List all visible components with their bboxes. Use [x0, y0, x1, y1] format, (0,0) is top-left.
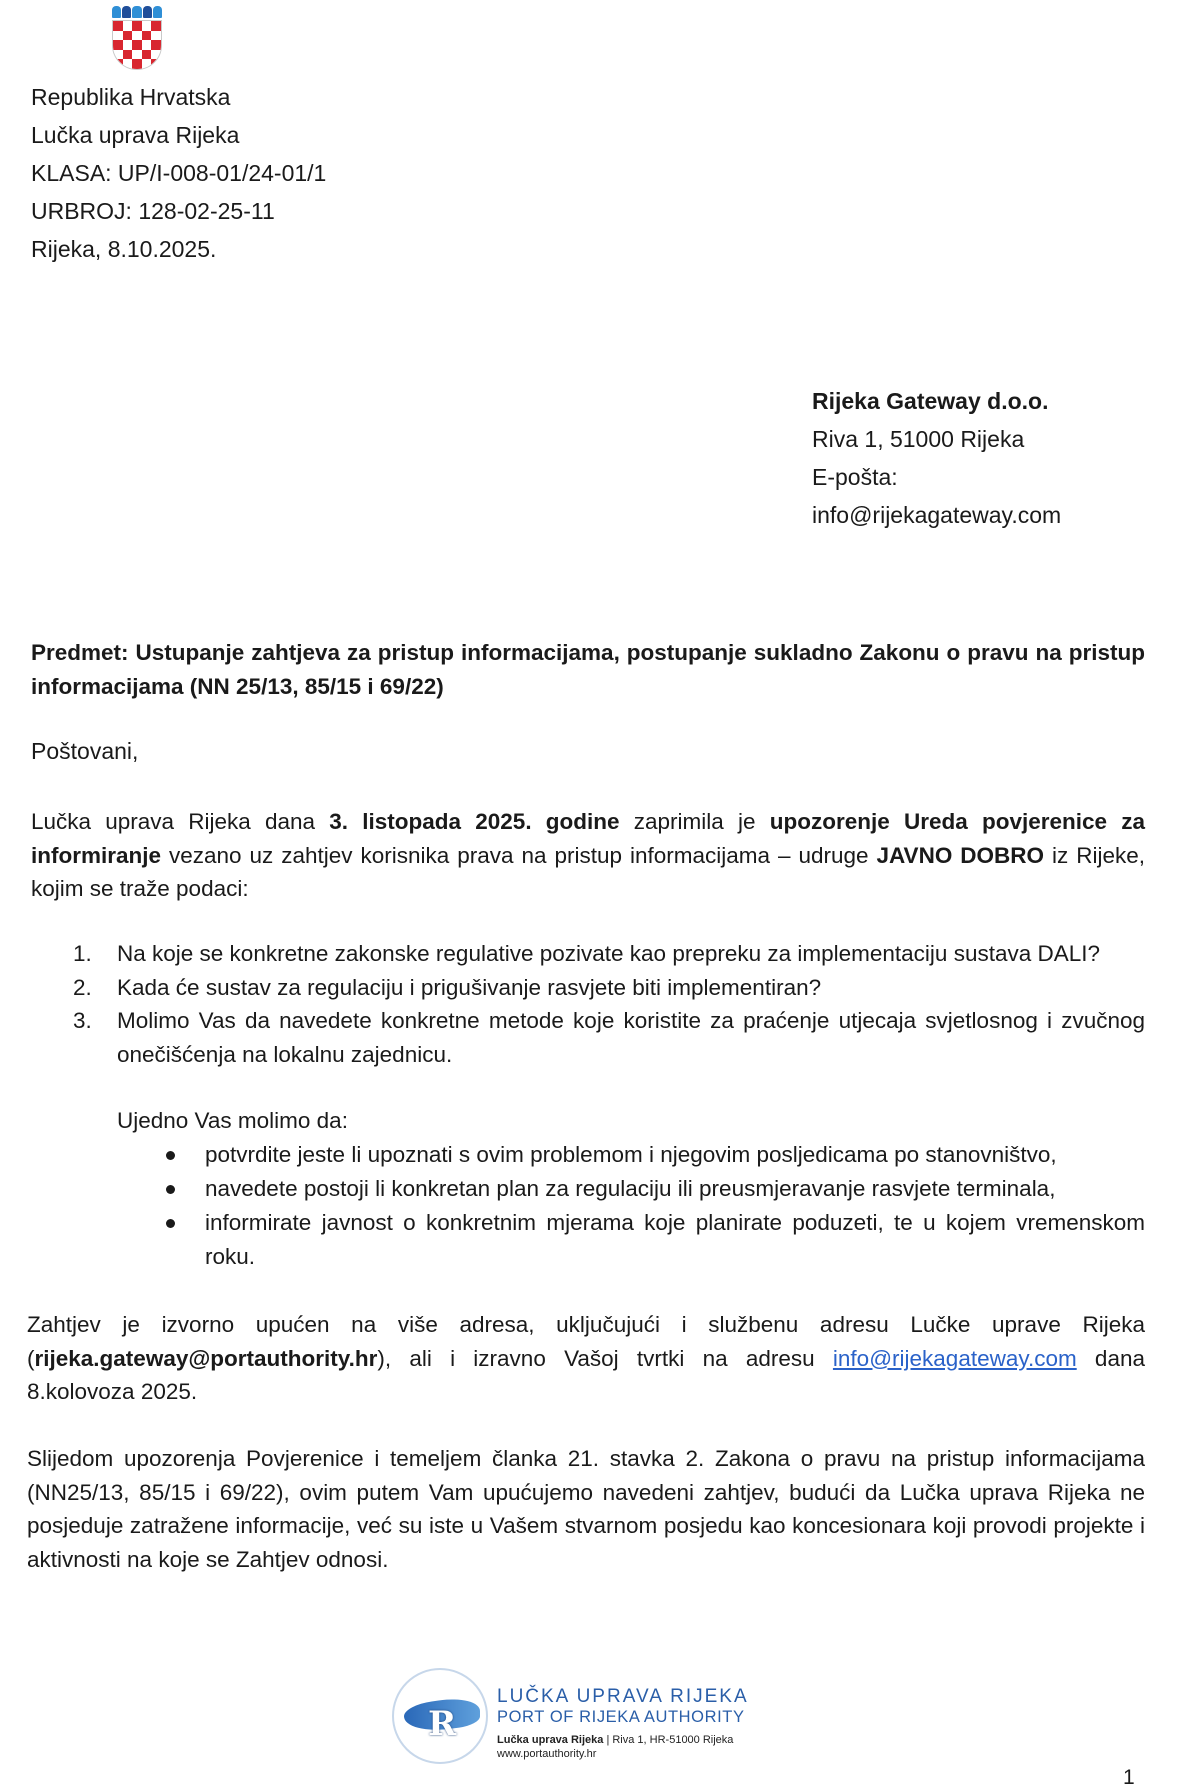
email-link[interactable]: info@rijekagateway.com [833, 1346, 1077, 1371]
footer-address-rest: | Riva 1, HR-51000 Rijeka [603, 1734, 733, 1746]
sender-country: Republika Hrvatska [31, 78, 326, 116]
footer-title-en: PORT OF RIJEKA AUTHORITY [497, 1707, 749, 1728]
text-run: zaprimila je [620, 809, 770, 834]
request-text: Kada će sustav za regulaciju i prigušiva… [117, 975, 821, 1000]
text-run: Lučka uprava Rijeka dana [31, 809, 329, 834]
coat-crown [112, 6, 162, 18]
footer-text: LUČKA UPRAVA RIJEKA PORT OF RIJEKA AUTHO… [497, 1686, 749, 1761]
association-name: JAVNO DOBRO [876, 843, 1044, 868]
text-run: ), ali i izravno Vašoj tvrtki na adresu [377, 1346, 833, 1371]
also-request-label: Ujedno Vas molimo da: [117, 1104, 348, 1138]
klasa: KLASA: UP/I-008-01/24-01/1 [31, 154, 326, 192]
list-number: 1. [73, 937, 92, 971]
bullet-item: navedete postoji li konkretan plan za re… [205, 1172, 1145, 1206]
text-run: vezano uz zahtjev korisnika prava na pri… [161, 843, 876, 868]
date-received: 3. listopada 2025. godine [329, 809, 619, 834]
place-date: Rijeka, 8.10.2025. [31, 230, 326, 268]
greeting: Poštovani, [31, 738, 138, 765]
sender-authority: Lučka uprava Rijeka [31, 116, 326, 154]
closing-paragraph: Slijedom upozorenja Povjerenice i temelj… [27, 1442, 1145, 1576]
bullet-list: potvrdite jeste li upoznati s ovim probl… [205, 1138, 1145, 1274]
bullet-item: informirate javnost o konkretnim mjerama… [205, 1206, 1145, 1274]
request-text: Na koje se konkretne zakonske regulative… [117, 941, 1100, 966]
logo-letter: R [428, 1704, 456, 1744]
official-email: rijeka.gateway@portauthority.hr [35, 1346, 378, 1371]
requests-list: 1.Na koje se konkretne zakonske regulati… [117, 937, 1145, 1071]
port-authority-logo-icon: R [392, 1668, 488, 1764]
footer-title-hr: LUČKA UPRAVA RIJEKA [497, 1686, 749, 1707]
list-number: 2. [73, 971, 92, 1005]
list-number: 3. [73, 1004, 92, 1038]
recipient-email-label: E-pošta: [812, 458, 1061, 496]
request-item: 3.Molimo Vas da navedete konkretne metod… [117, 1004, 1145, 1071]
request-item: 2.Kada će sustav za regulaciju i priguši… [117, 971, 1145, 1005]
recipient-email: info@rijekagateway.com [812, 496, 1061, 534]
recipient-address: Riva 1, 51000 Rijeka [812, 420, 1061, 458]
checkered-shield [112, 20, 162, 70]
footer-website: www.portauthority.hr [497, 1747, 749, 1761]
recipient-block: Rijeka Gateway d.o.o. Riva 1, 51000 Rije… [812, 382, 1061, 534]
subject-line: Predmet: Ustupanje zahtjeva za pristup i… [31, 636, 1145, 703]
bullet-item: potvrdite jeste li upoznati s ovim probl… [205, 1138, 1145, 1172]
page-number: 1 [1123, 1766, 1135, 1790]
request-text: Molimo Vas da navedete konkretne metode … [117, 1008, 1145, 1067]
urbroj: URBROJ: 128-02-25-11 [31, 192, 326, 230]
sender-block: Republika Hrvatska Lučka uprava Rijeka K… [31, 78, 326, 268]
recipient-name: Rijeka Gateway d.o.o. [812, 382, 1061, 420]
footer-address: Lučka uprava Rijeka | Riva 1, HR-51000 R… [497, 1733, 749, 1747]
croatian-coat-of-arms-icon [112, 6, 162, 72]
forwarding-paragraph: Zahtjev je izvorno upućen na više adresa… [27, 1308, 1145, 1409]
footer-logo-block: R LUČKA UPRAVA RIJEKA PORT OF RIJEKA AUT… [392, 1668, 802, 1768]
request-item: 1.Na koje se konkretne zakonske regulati… [117, 937, 1145, 971]
intro-paragraph: Lučka uprava Rijeka dana 3. listopada 20… [31, 805, 1145, 906]
footer-org: Lučka uprava Rijeka [497, 1734, 603, 1746]
